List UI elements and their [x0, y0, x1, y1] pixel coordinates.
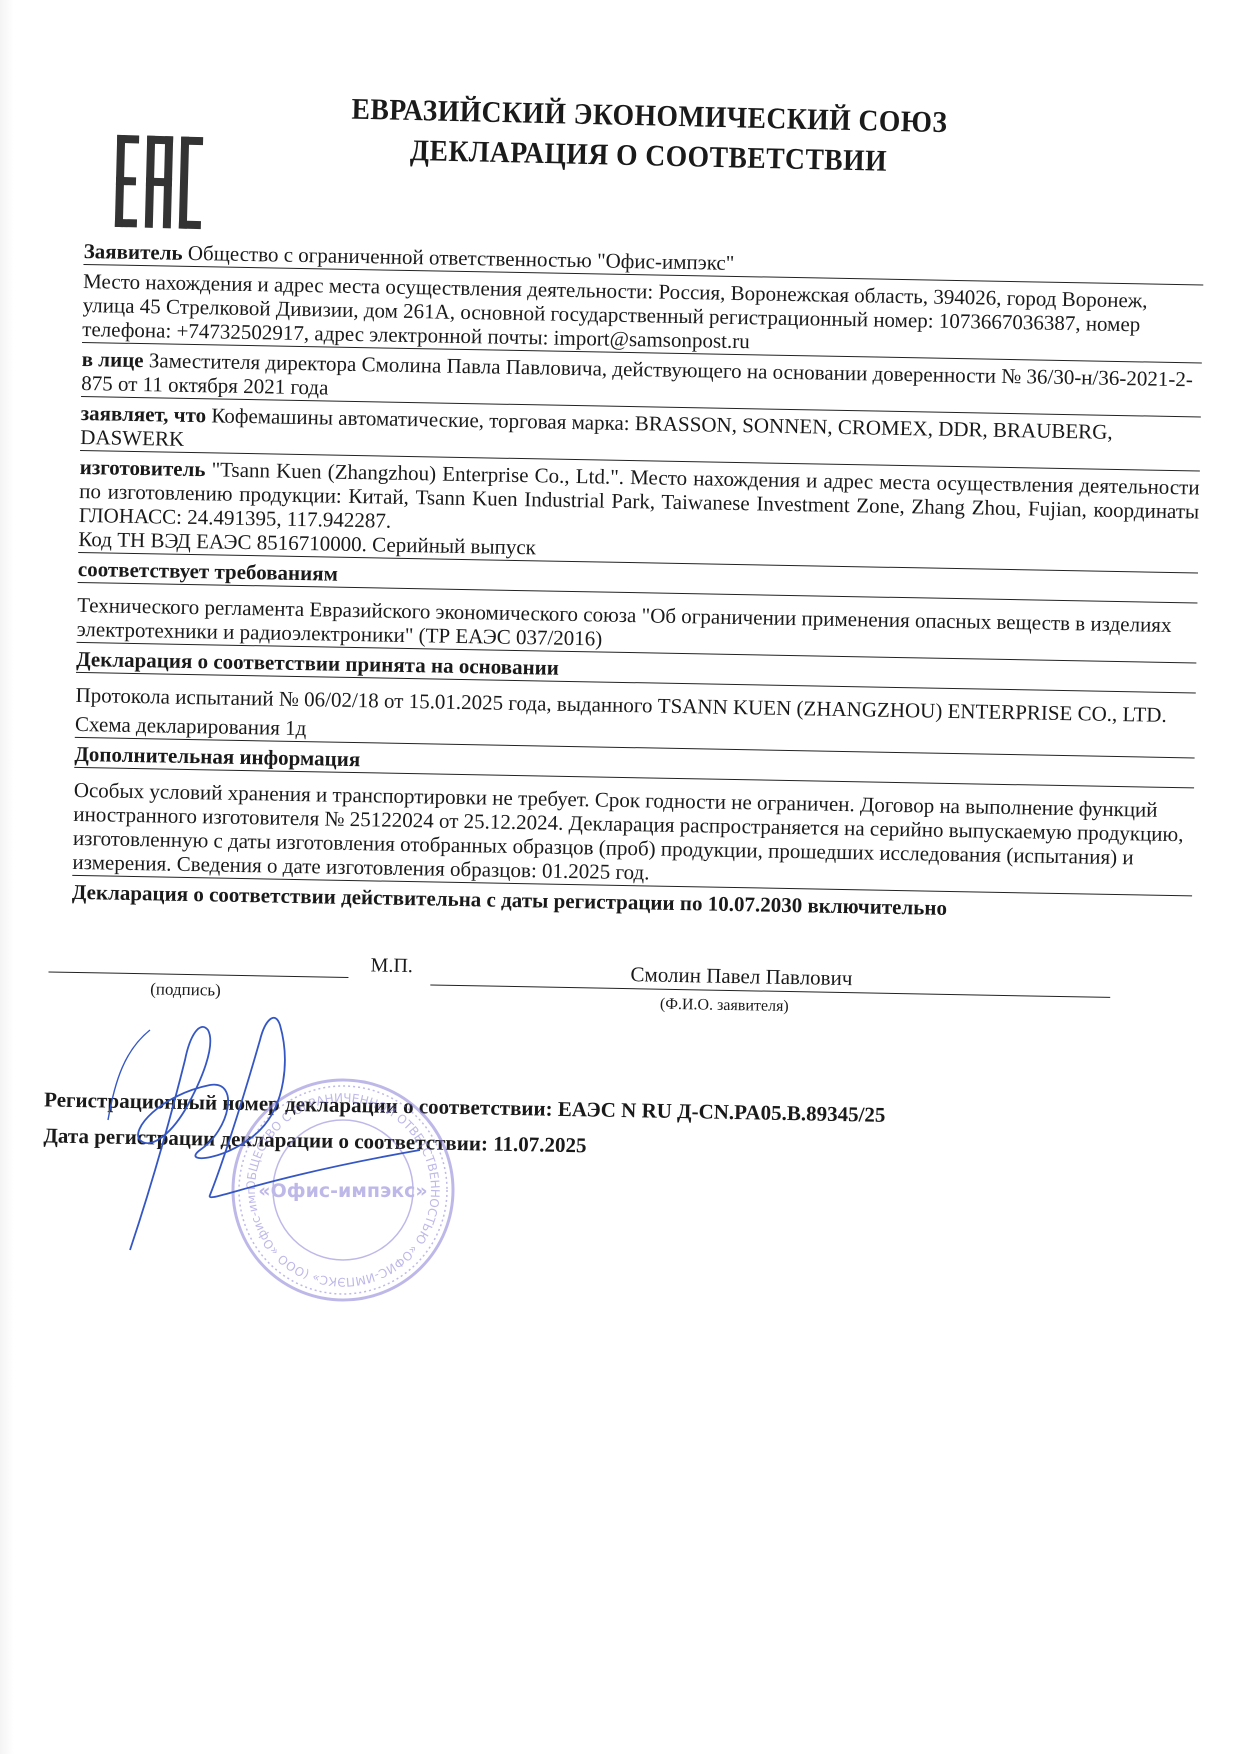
- additional-section: Особых условий хранения и транспортировк…: [72, 768, 1194, 897]
- document-header: ЕВРАЗИЙСКИЙ ЭКОНОМИЧЕСКИЙ СОЮЗ ДЕКЛАРАЦИ…: [278, 88, 1020, 185]
- signer-caption: (Ф.И.О. заявителя): [660, 993, 789, 1019]
- declares-label: заявляет, что: [81, 401, 207, 427]
- representative-label: в лице: [82, 347, 144, 372]
- eac-logo-icon: [114, 134, 204, 230]
- declaration-page: ЕВРАЗИЙСКИЙ ЭКОНОМИЧЕСКИЙ СОЮЗ ДЕКЛАРАЦИ…: [0, 0, 1240, 1754]
- requirements-value: Технического регламента Евразийского эко…: [77, 593, 1172, 651]
- requirements-heading: соответствует требованиям: [78, 557, 338, 586]
- seal-place-label: М.П.: [370, 953, 413, 978]
- signature-line: [48, 971, 348, 977]
- additional-heading: Дополнительная информация: [74, 742, 360, 771]
- manufacturer-label: изготовитель: [80, 455, 206, 481]
- handwritten-signature-icon: [90, 1000, 430, 1260]
- declaration-scheme: Схема декларирования 1д: [75, 712, 307, 740]
- additional-value: Особых условий хранения и транспортировк…: [72, 778, 1183, 885]
- manufacturer-value: "Tsann Kuen (Zhangzhou) Enterprise Co., …: [79, 457, 1200, 532]
- signature-caption: (подпись): [150, 977, 221, 1002]
- applicant-address-text: Место нахождения и адрес места осуществл…: [82, 269, 1148, 353]
- signer-name: Смолин Павел Павлович: [630, 962, 852, 990]
- scan-edge: [0, 0, 14, 1754]
- applicant-label: Заявитель: [83, 239, 182, 265]
